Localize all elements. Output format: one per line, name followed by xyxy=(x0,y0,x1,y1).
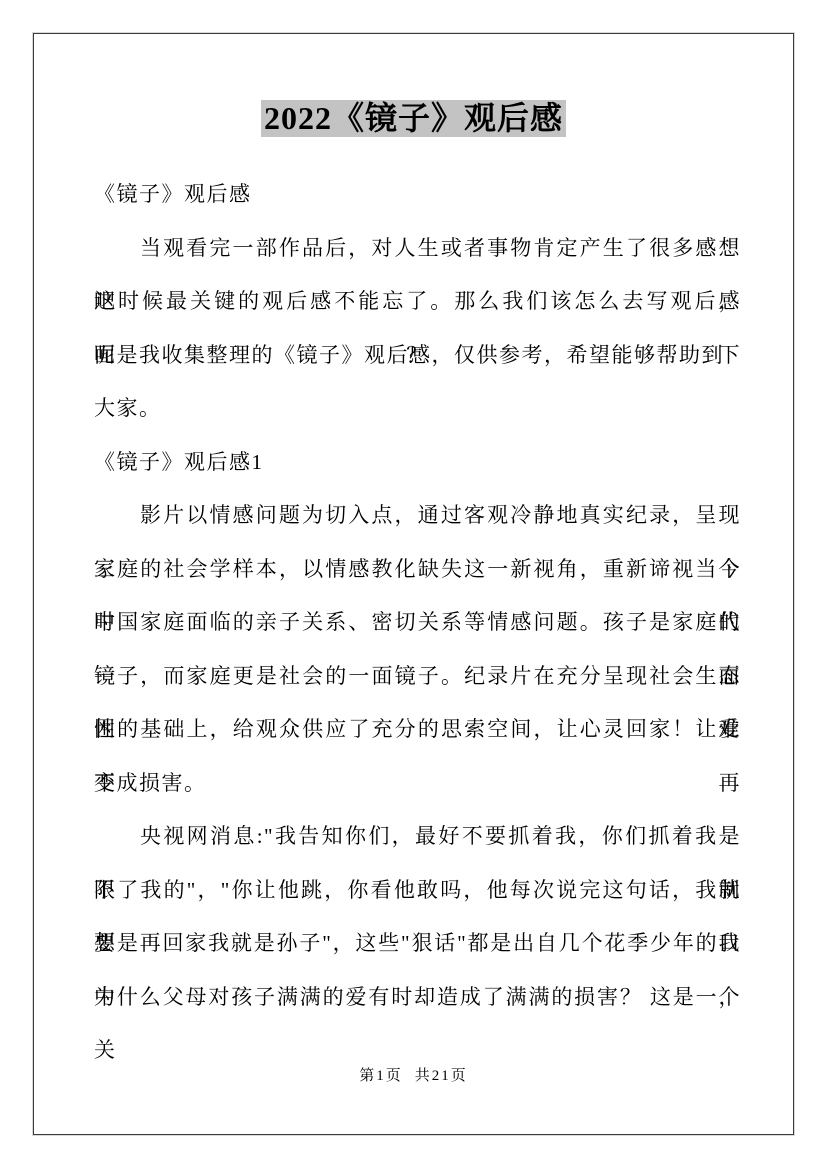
blank-line xyxy=(94,382,741,436)
document-body: 《镜子》观后感当观看完一部作品后，对人生或者事物肯定产生了很多感想吧，这时候最关… xyxy=(94,168,741,1024)
text-line: 《镜子》观后感 xyxy=(94,168,741,222)
text-line: 性的基础上，给观众供应了充分的思索空间，让心灵回家！让爱不再 xyxy=(94,703,741,757)
document-page: 2022《镜子》观后感 《镜子》观后感当观看完一部作品后，对人生或者事物肯定产生… xyxy=(33,33,794,1135)
text-line: 这时候最关键的观后感不能忘了。那么我们该怎么去写观后感呢？下 xyxy=(94,275,741,329)
title-row: 2022《镜子》观后感 xyxy=(34,100,793,138)
page-number-total: 共21页 xyxy=(415,1068,468,1084)
text-line: 家庭的社会学样本，以情感教化缺失这一新视角，重新谛视当今时代 xyxy=(94,543,741,597)
text-line: 不了我的"，"你让他跳，你看他敢吗，他每次说完这句话，我就想我 xyxy=(94,864,741,918)
text-line: 镜子，而家庭更是社会的一面镜子。纪录片在充分呈现社会生态困难 xyxy=(94,650,741,704)
text-line: 面是我收集整理的《镜子》观后感，仅供参考，希望能够帮助到大家。 xyxy=(94,329,741,383)
text-line: 要是再回家我就是孙子"，这些"狠话"都是出自几个花季少年的口中， xyxy=(94,917,741,971)
document-title: 2022《镜子》观后感 xyxy=(261,100,566,137)
text-line: 当观看完一部作品后，对人生或者事物肯定产生了很多感想吧， xyxy=(94,222,741,276)
text-line: 影片以情感问题为切入点，通过客观冷静地真实纪录，呈现三个 xyxy=(94,489,741,543)
text-line: 《镜子》观后感1 xyxy=(94,436,741,490)
page-number-current: 第1页 xyxy=(359,1068,403,1084)
text-line: 央视网消息:"我告知你们，最好不要抓着我，你们抓着我是限制 xyxy=(94,810,741,864)
document-canvas: 2022《镜子》观后感 《镜子》观后感当观看完一部作品后，对人生或者事物肯定产生… xyxy=(0,0,827,1170)
text-line: 为什么父母对孩子满满的爱有时却造成了满满的损害？ 这是一个关 xyxy=(94,971,741,1025)
text-line: 中国家庭面临的亲子关系、密切关系等情感问题。孩子是家庭的一面 xyxy=(94,596,741,650)
page-footer: 第1页共21页 xyxy=(34,1066,793,1086)
